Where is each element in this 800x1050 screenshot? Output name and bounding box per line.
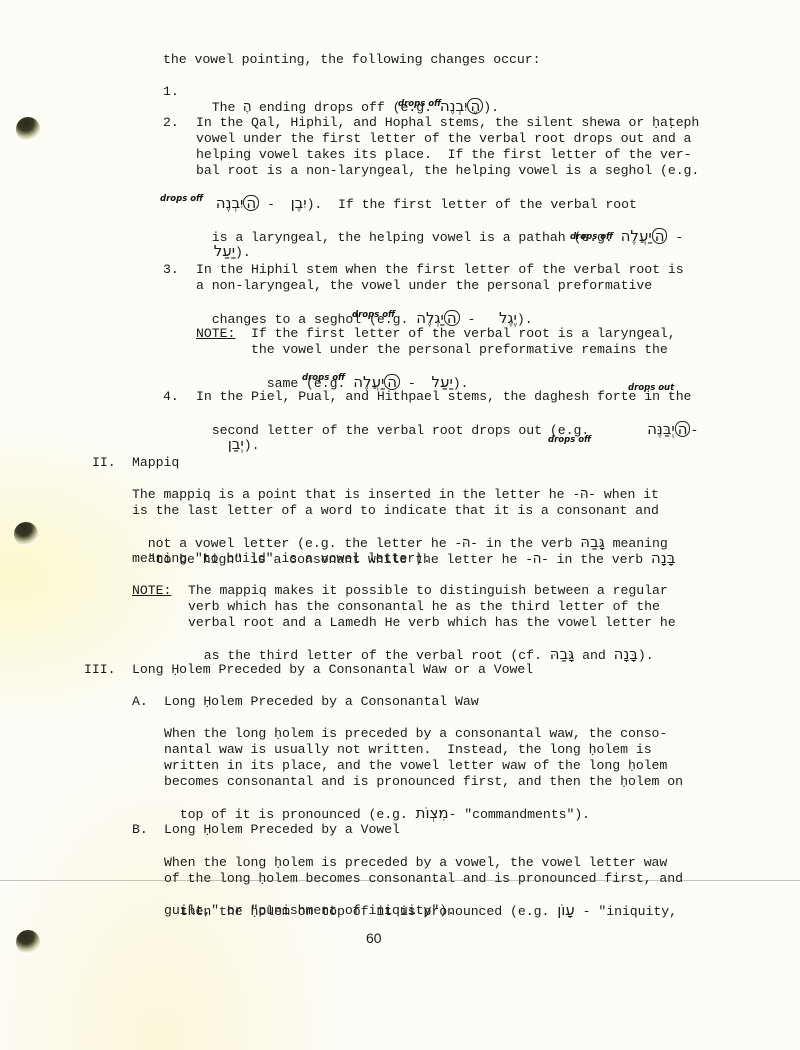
paragraph-text: - "iniquity, (575, 904, 677, 919)
list-item-2-line-7: יַעַל). (198, 228, 251, 260)
item-4-text: second letter of the verbal root drops o… (212, 423, 597, 438)
subsection-b-line-1: When the long ḥolem is preceded by a vow… (164, 855, 667, 871)
section-ii-line-1: The mappiq is a point that is inserted i… (132, 487, 659, 503)
hebrew-word: יַעֲלֶה (621, 227, 652, 245)
hebrew-example-a: היְבַּנֶּה (647, 421, 690, 438)
intro-line: the vowel pointing, the following change… (163, 52, 540, 68)
drops-off-annotation: drops off (548, 435, 591, 445)
subsection-a-line-1: When the long ḥolem is preceded by a con… (164, 726, 667, 742)
section-ii-line-5: meaning "to build" is a vowel letter). (132, 551, 431, 567)
drops-out-annotation: drops out (628, 383, 674, 393)
subsection-b-marker: B. (132, 822, 148, 838)
circled-ending: ה (384, 374, 400, 390)
hebrew-example-b: יְבַן (228, 437, 244, 453)
note-label: NOTE: (132, 583, 171, 599)
list-item-3-line-2: a non-laryngeal, the vowel under the per… (196, 278, 652, 294)
section-ii-numeral: II. (92, 455, 116, 471)
list-item-4-line-2: second letter of the verbal root drops o… (196, 405, 698, 438)
subsection-b-title: Long Ḥolem Preceded by a Vowel (164, 822, 400, 838)
subsection-a-line-3: written in its place, and the vowel lett… (164, 758, 667, 774)
drops-off-annotation: drops off (570, 232, 613, 242)
hebrew-word: יַגְלֶה (416, 309, 444, 327)
hebrew-awon: עָוֹן (557, 903, 575, 919)
note-line-3: same (e.g. היַעֲלֶה - יַעַל). (251, 358, 469, 391)
note-text: as the third letter of the verbal root (… (204, 648, 550, 663)
note-line-3: verbal root and a Lamedh He verb which h… (188, 615, 676, 631)
item-2-text: ). If the first letter of the verbal roo… (307, 197, 637, 212)
hebrew-example-a: היַעֲלֶה (353, 374, 400, 391)
drops-off-annotation: drops off (302, 373, 345, 383)
list-marker-1: 1. (163, 84, 179, 99)
section-ii-title: Mappiq (132, 455, 179, 471)
list-marker-3: 3. (163, 262, 179, 277)
note-line-1: If the first letter of the verbal root i… (251, 326, 676, 342)
hebrew-word: יְבַּנֶּה (647, 420, 675, 438)
hebrew-banah: בָּנָה (614, 647, 638, 663)
hebrew-example-a: היַגְלֶה (416, 310, 459, 327)
section-iii-numeral: III. (84, 662, 115, 678)
hebrew-example-1a: היִבְנֶה (216, 195, 259, 212)
subsection-b-line-2: of the long ḥolem becomes consonantal an… (164, 871, 683, 887)
subsection-a-line-2: nantal waw is usually not written. Inste… (164, 742, 652, 758)
subsection-a-line-4: becomes consonantal and is pronounced fi… (164, 774, 683, 790)
list-item-4-line-1: In the Piel, Pual, and Hithpael stems, t… (196, 389, 691, 405)
hebrew-example-b: יַעַל (432, 375, 453, 391)
list-item-4-line-3: יְבַן). (212, 421, 259, 453)
scan-artifact-line (0, 880, 800, 881)
hebrew-banah: בָּנָה (651, 551, 675, 567)
punch-hole-top (16, 117, 40, 141)
list-marker-2: 2. (163, 115, 179, 130)
list-item-2-line-2: vowel under the first letter of the verb… (196, 131, 691, 147)
note-line-1: The mappiq makes it possible to distingu… (188, 583, 668, 599)
note-text: ). (638, 648, 654, 663)
paragraph-text: top of it is pronounced (e.g. (180, 807, 416, 822)
drops-off-annotation: drops off (160, 194, 203, 204)
item-1-text-b: ). (483, 100, 499, 115)
list-item-1: The הֶ ending drops off (e.g. הֶיִבְנֶה)… (196, 82, 499, 115)
section-iii-title: Long Ḥolem Preceded by a Consonantal Waw… (132, 662, 533, 678)
hebrew-word: יִבְנֶה (440, 97, 468, 115)
section-ii-line-2: is the last letter of a word to indicate… (132, 503, 659, 519)
subsection-a-title: Long Ḥolem Preceded by a Consonantal Waw (164, 694, 479, 710)
drops-off-annotation: drops off (352, 310, 395, 320)
hebrew-example-1b: יִבֶן (291, 196, 307, 212)
circled-ending: ה (675, 421, 691, 437)
item-4-text: ). (244, 438, 260, 453)
subsection-a-marker: A. (132, 694, 148, 710)
item-3-text: ). (517, 312, 533, 327)
list-item-2-line-1: In the Qal, Hiphil, and Hophal stems, th… (196, 115, 699, 131)
punch-hole-bottom (16, 930, 40, 954)
circled-ending: ה (652, 228, 668, 244)
hebrew-example-2b: יַעַל (214, 244, 235, 260)
paragraph-text: - "commandments"). (449, 807, 591, 822)
subsection-b-line-4: guilt," or "punishment of iniquity"). (164, 903, 455, 919)
drops-off-annotation: drops off (398, 99, 441, 109)
page-number: 60 (366, 930, 382, 946)
hebrew-example: הֶיִבְנֶה (440, 98, 483, 115)
hebrew-word: יַעֲלֶה (353, 373, 384, 391)
list-item-2-line-4: bal root is a non-laryngeal, the helping… (196, 163, 699, 179)
hebrew-example-2a: היַעֲלֶה (621, 228, 668, 245)
circled-ending: ה (243, 195, 259, 211)
item-2-text: is a laryngeal, the helping vowel is a p… (212, 230, 613, 245)
punch-hole-middle (14, 522, 38, 546)
subsection-a-line-5: top of it is pronounced (e.g. מִצְוֹת- "… (164, 790, 590, 822)
hebrew-example-b: יֶגֶל (499, 311, 517, 327)
list-marker-4: 4. (163, 389, 179, 404)
circled-ending: הֶ (467, 98, 483, 114)
hebrew-mitzvot: מִצְוֹת (416, 806, 449, 822)
note-line-2: the vowel under the personal preformativ… (251, 342, 668, 358)
note-text: and (574, 648, 613, 663)
note-label: NOTE: (196, 326, 235, 342)
list-item-2-line-5: היִבְנֶה - יִבֶן). If the first letter o… (200, 179, 637, 212)
note-line-4: as the third letter of the verbal root (… (188, 631, 654, 663)
note-line-2: verb which has the consonantal he as the… (188, 599, 660, 615)
hebrew-gabah: גָּבַהּ (550, 647, 575, 663)
list-item-3-line-1: In the Hiphil stem when the first letter… (196, 262, 684, 278)
hebrew-word: יִבְנֶה (216, 194, 244, 212)
item-2-text: ). (235, 245, 251, 260)
circled-ending: ה (444, 310, 460, 326)
list-item-2-line-3: helping vowel takes its place. If the fi… (196, 147, 691, 163)
